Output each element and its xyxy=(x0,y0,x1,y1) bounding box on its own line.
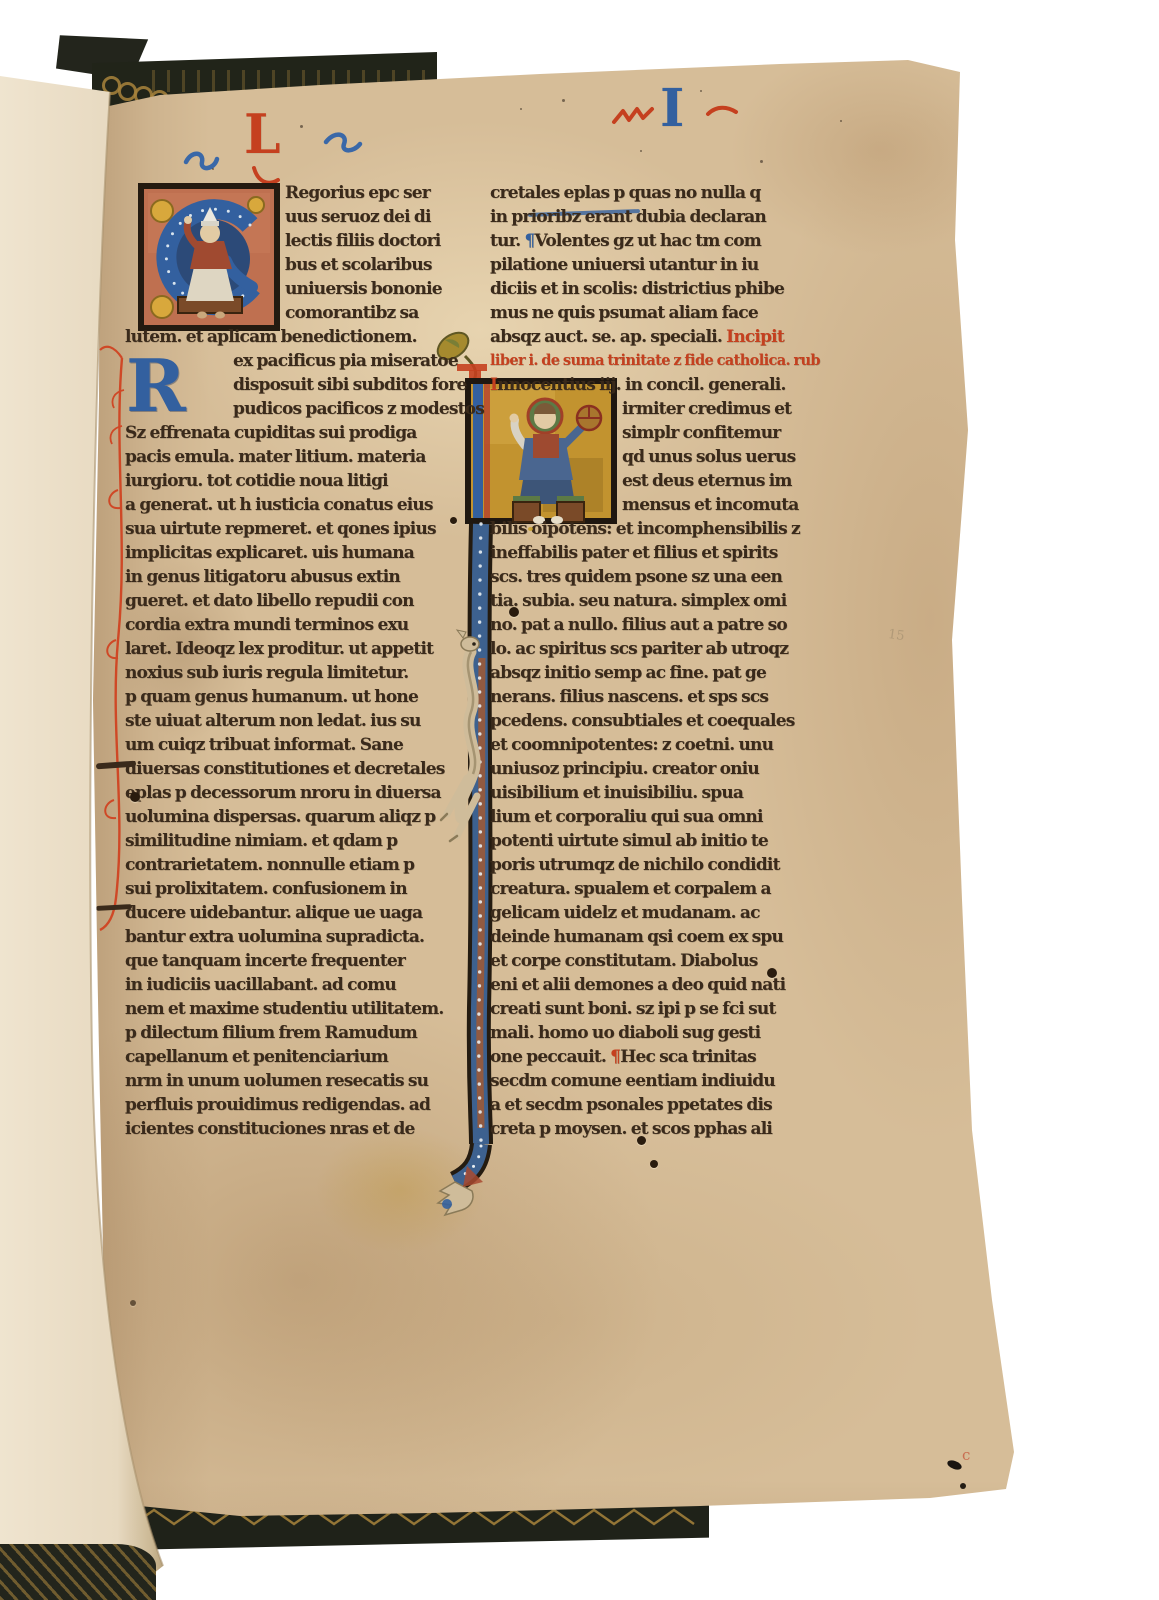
body-text: Volentes gz ut hac tm com xyxy=(534,231,760,251)
manuscript-text-line: lium et corporaliu qui sua omni xyxy=(490,805,820,829)
manuscript-text-line: absqz auct. se. ap. speciali. Incipit xyxy=(490,325,820,349)
ink-speck xyxy=(840,120,842,122)
wormhole xyxy=(450,517,457,524)
manuscript-text-line: cretales eplas p quas no nulla q xyxy=(490,181,820,205)
corner-red-mark: c xyxy=(962,1446,970,1464)
wormhole xyxy=(767,968,777,978)
manuscript-text-line: qd unus solus uerus xyxy=(622,445,820,469)
ink-speck xyxy=(300,125,303,128)
manuscript-text-line: ex pacificus pia miseratoe xyxy=(233,349,463,373)
ink-speck xyxy=(700,90,702,92)
manuscript-text-line: tur. ¶Volentes gz ut hac tm com xyxy=(490,229,820,253)
manuscript-text-line: liber i. de suma trinitate z fide cathol… xyxy=(490,349,820,373)
manuscript-text-line: lectis filiis doctori xyxy=(285,229,463,253)
manuscript-text-line: scs. tres quidem psone sz una een xyxy=(490,565,820,589)
body-text: absqz auct. se. ap. speciali. xyxy=(490,327,726,347)
binding-corner-bottom-left xyxy=(0,1544,156,1600)
manuscript-text-line: pcedens. consubtiales et coequales xyxy=(490,709,820,733)
manuscript-text-line: bus et scolaribus xyxy=(285,253,463,277)
rubric-text: ¶ xyxy=(610,1047,620,1067)
manuscript-text-line: uisibilium et inuisibiliu. spua xyxy=(490,781,820,805)
blue-paraph: ¶ xyxy=(524,231,534,251)
manuscript-text-line: potenti uirtute simul ab initio te xyxy=(490,829,820,853)
ink-speck xyxy=(640,150,642,152)
wormhole xyxy=(637,1136,646,1145)
manuscript-text-line: absqz initio semp ac fine. pat ge xyxy=(490,661,820,685)
manuscript-text-line: uniuersis bononie xyxy=(285,277,463,301)
body-text: nnocentius iij. in concil. generali. xyxy=(497,375,785,395)
manuscript-text-line: deinde humanam qsi coem ex spu xyxy=(490,925,820,949)
wormhole xyxy=(650,1160,658,1168)
manuscript-text-line: diciis et in scolis: districtius phibe xyxy=(490,277,820,301)
rubric-text: Incipit xyxy=(726,327,784,347)
manuscript-text-line: mus ne quis psumat aliam face xyxy=(490,301,820,325)
faint-pencil-mark: 15 xyxy=(887,627,905,644)
manuscript-text-line: poris utrumqz de nichilo condidit xyxy=(490,853,820,877)
manuscript-text-line: est deus eternus im xyxy=(622,469,820,493)
manuscript-text-line: et coomnipotentes: z coetni. unu xyxy=(490,733,820,757)
manuscript-text-line: tia. subia. seu natura. simplex omi xyxy=(490,589,820,613)
manuscript-text-line: irmiter credimus et xyxy=(622,397,820,421)
manuscript-text-line: uniusoz principiu. creator oniu xyxy=(490,757,820,781)
manuscript-text-line: uus seruoz dei di xyxy=(285,205,463,229)
manuscript-text-line: one peccauit. ¶Hec sca trinitas xyxy=(490,1045,820,1069)
manuscript-text-line: gelicam uidelz et mudanam. ac xyxy=(490,901,820,925)
ink-speck xyxy=(760,160,763,163)
manuscript-text-line: pilatione uniuersi utantur in iu xyxy=(490,253,820,277)
header-penwork-flourishes-right xyxy=(606,88,756,143)
facing-flyleaf-page xyxy=(0,0,220,1600)
manuscript-text-line: comorantibz sa xyxy=(285,301,463,325)
manuscript-text-line: mali. homo uo diaboli sug gesti xyxy=(490,1021,820,1045)
manuscript-text-line: creati sunt boni. sz ipi p se fci sut xyxy=(490,997,820,1021)
manuscript-text-line: creatura. spualem et corpalem a xyxy=(490,877,820,901)
manuscript-text-line: Regorius epc ser xyxy=(285,181,463,205)
manuscript-text-line: no. pat a nullo. filius aut a patre so xyxy=(490,613,820,637)
gold-fleck xyxy=(528,527,533,531)
manuscript-text-line: mensus et incomuta xyxy=(622,493,820,517)
manuscript-text-line: ineffabilis pater et filius et spirits xyxy=(490,541,820,565)
body-text: tur. xyxy=(490,231,524,251)
manuscript-text-line: simplr confitemur xyxy=(622,421,820,445)
manuscript-text-line: secdm comune eentiam indiuidu xyxy=(490,1069,820,1093)
manuscript-text-line: disposuit sibi subditos fore xyxy=(233,373,463,397)
manuscript-text-line: Innocentius iij. in concil. generali. xyxy=(490,373,820,397)
manuscript-text-line: creta p moysen. et scos pphas ali xyxy=(490,1117,820,1141)
body-text: Hec sca trinitas xyxy=(620,1047,756,1067)
ink-dot xyxy=(960,1483,966,1489)
body-text: one peccauit. xyxy=(490,1047,610,1067)
text-column-right: cretales eplas p quas no nulla qin prior… xyxy=(490,181,820,1141)
manuscript-text-line: lo. ac spiritus scs pariter ab utroqz xyxy=(490,637,820,661)
manuscript-text-line: a et secdm psonales ppetates dis xyxy=(490,1093,820,1117)
manuscript-text-line: nerans. filius nascens. et sps scs xyxy=(490,685,820,709)
manuscript-text-line: in prioribz erant dubia declaran xyxy=(490,205,820,229)
manuscript-text-line: bilis oipotens: et incomphensibilis z xyxy=(490,517,820,541)
ink-speck xyxy=(562,99,565,102)
manuscript-text-line: pudicos pacificos z modestos xyxy=(233,397,463,421)
ink-speck xyxy=(520,108,522,110)
wormhole xyxy=(509,607,519,617)
manuscript-photo: L I xyxy=(0,0,1159,1600)
